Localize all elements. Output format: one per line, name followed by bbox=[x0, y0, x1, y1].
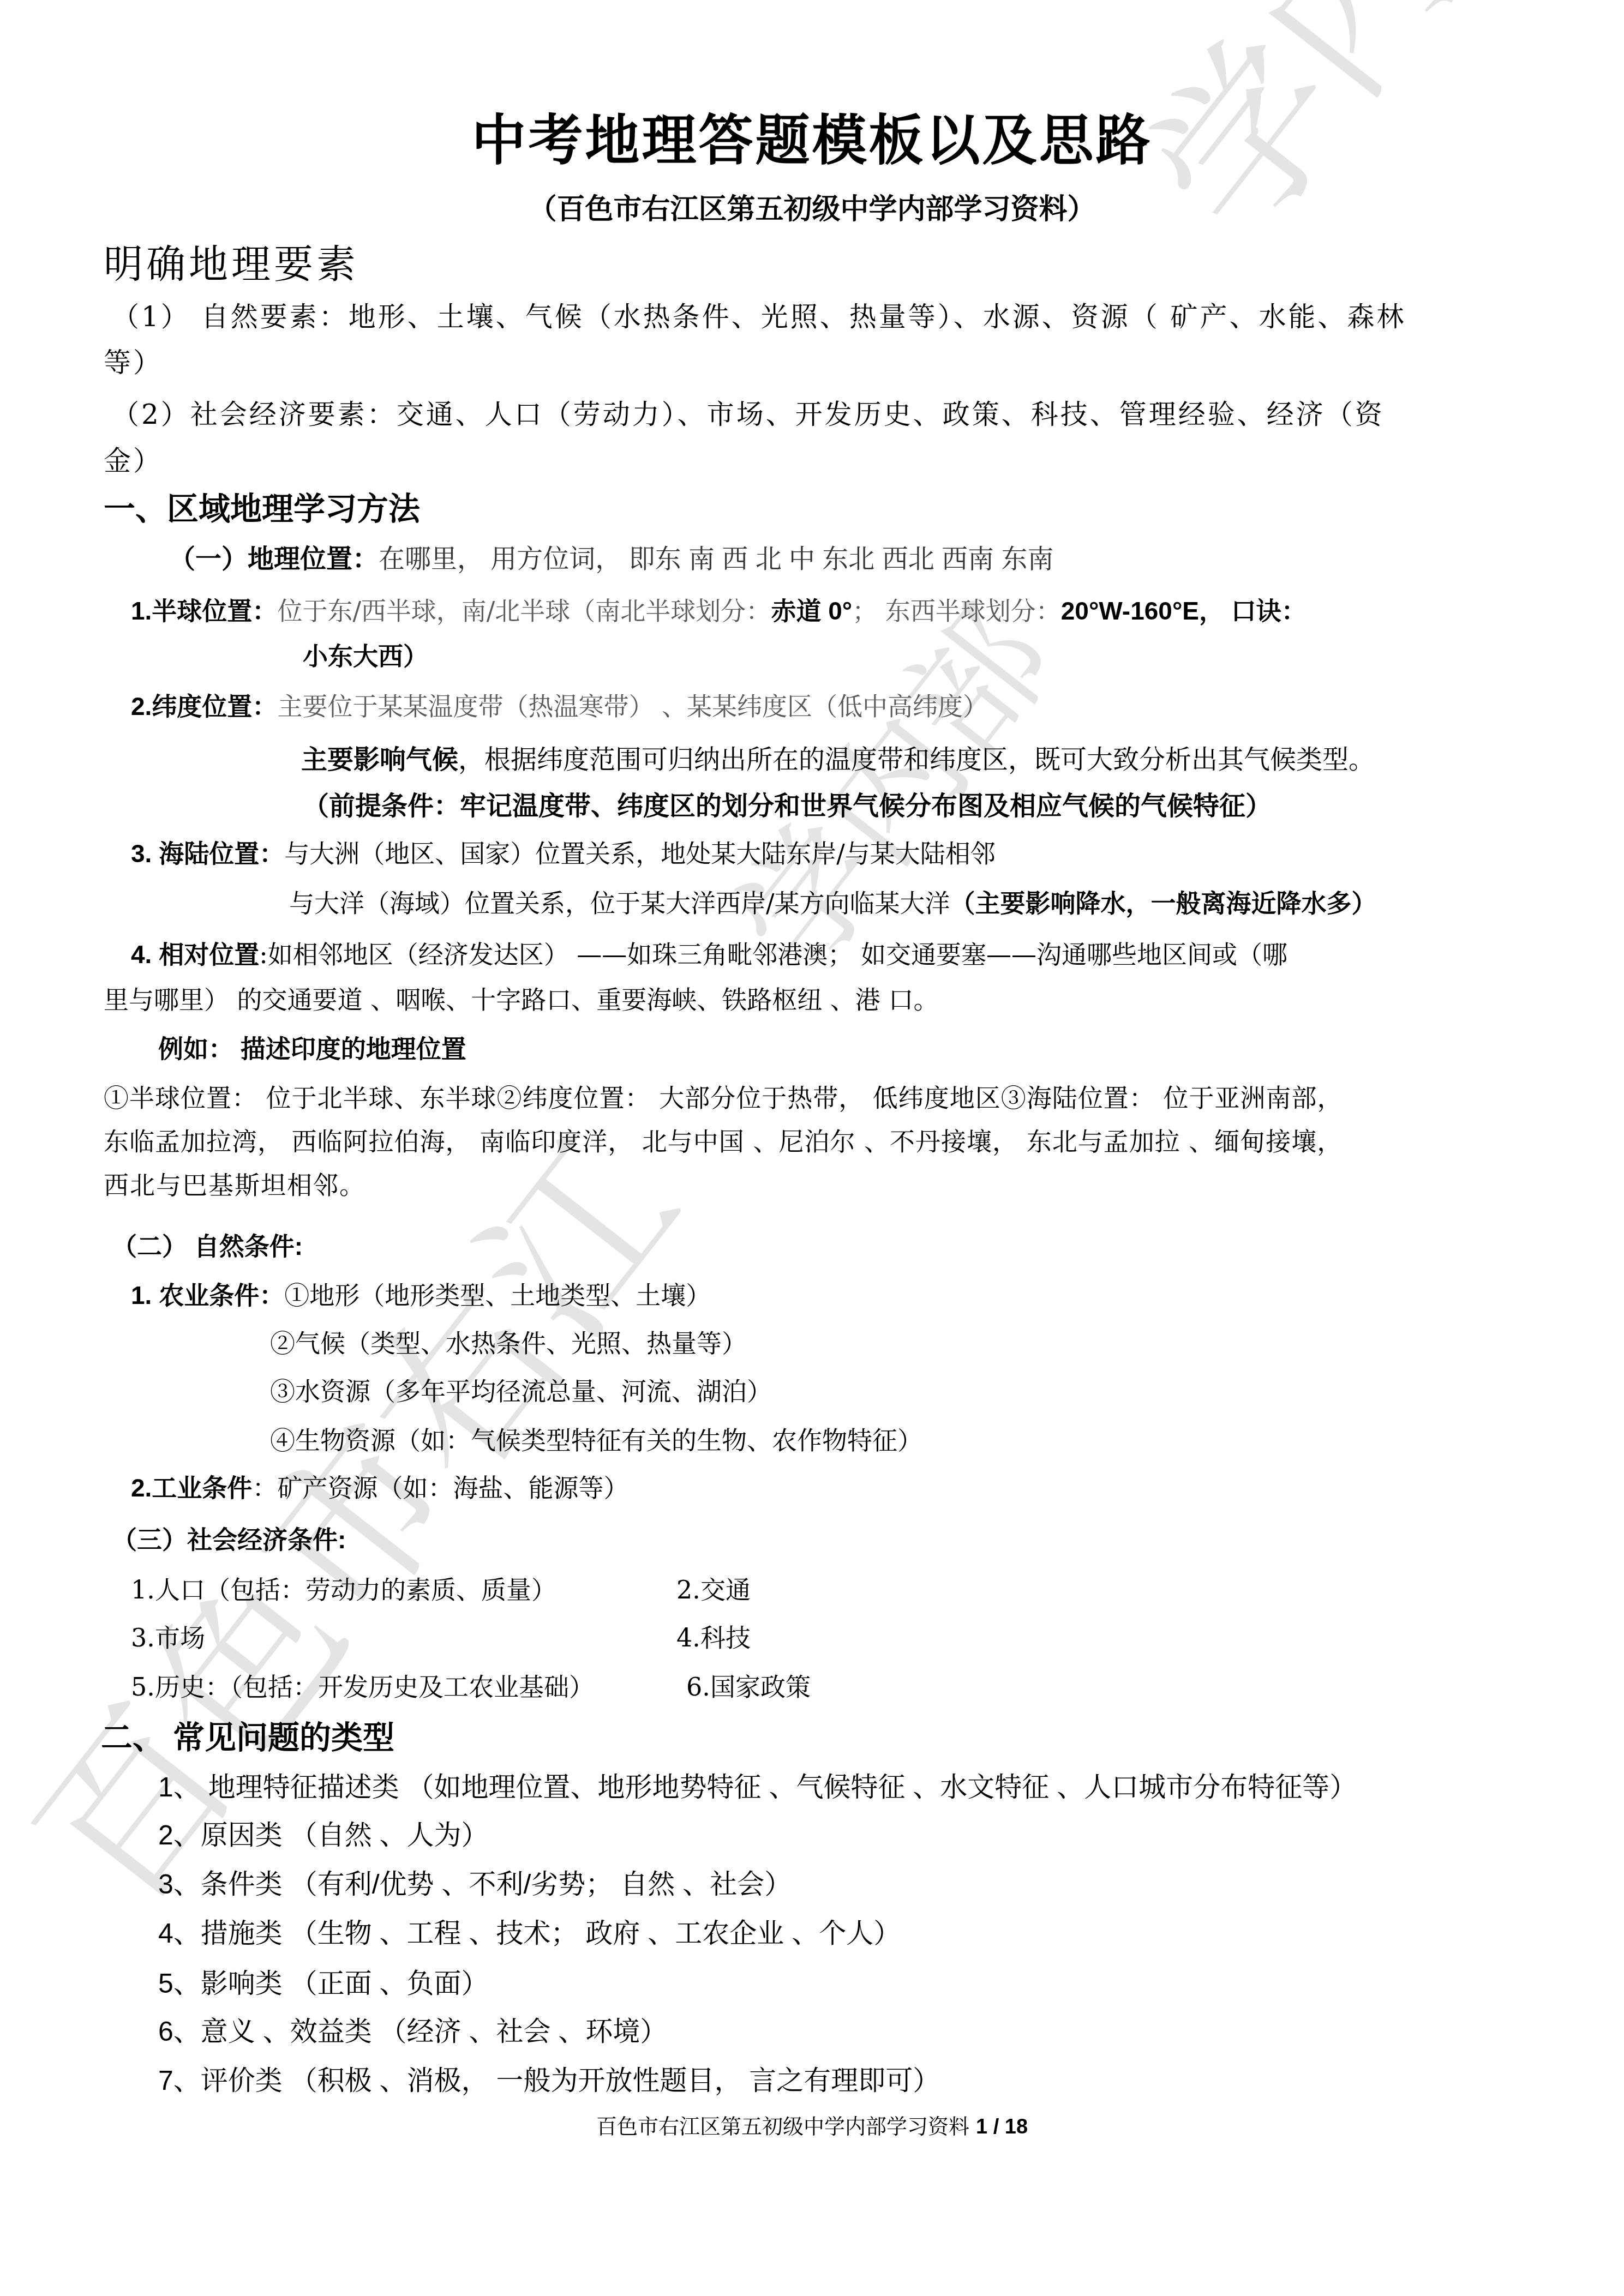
question-type-7: 7、评价类 （积极 、消极， 一般为开放性题目， 言之有理即可） bbox=[158, 2067, 940, 2094]
social-elements-line1: （2）社会经济要素：交通、人口（劳动力）、市场、开发历史、政策、科技、管理经验、… bbox=[112, 401, 1385, 428]
latitude-label: 2.纬度位置： bbox=[131, 692, 277, 720]
latitude-premise: （前提条件：牢记温度带、纬度区的划分和世界气候分布图及相应气候的气候特征） bbox=[303, 794, 1272, 820]
relative-line2: 里与哪里） 的交通要道 、咽喉、十字路口、重要海峡、铁路枢纽 、港 口。 bbox=[104, 987, 939, 1012]
socio-item-history: 5.历史：（包括：开发历史及工农业基础） bbox=[131, 1674, 594, 1699]
land-sea-line2: 与大洋（海域）位置关系，位于某大洋西岸/某方向临某大洋（主要影响降水，一般离海近… bbox=[289, 891, 1377, 916]
socio-item-policy: 6.国家政策 bbox=[686, 1674, 811, 1699]
page-footer: 百色市右江区第五初级中学内部学习资料 1 / 18 bbox=[0, 2116, 1624, 2137]
section-heading-method: 一、区域地理学习方法 bbox=[104, 494, 420, 525]
natural-elements-line2: 等） bbox=[104, 349, 163, 376]
natural-elements-line1: （1） 自然要素：地形、土壤、气候（水热条件、光照、热量等）、水源、资源（ 矿产… bbox=[112, 303, 1406, 330]
hemisphere-text-c: ， 口诀： bbox=[1199, 597, 1307, 625]
socio-item-population: 1.人口（包括：劳动力的素质、质量） bbox=[131, 1577, 556, 1602]
hemisphere-text-a: 位于东/西半球，南/北半球（南北半球划分： bbox=[277, 596, 771, 626]
latitude-note-bold: 主要影响气候 bbox=[301, 746, 458, 774]
footer-text: 百色市右江区第五初级中学内部学习资料 bbox=[596, 2114, 969, 2138]
hemisphere-line: 1.半球位置：位于东/西半球，南/北半球（南北半球划分：赤道 0°； 东西半球划… bbox=[131, 598, 1307, 624]
question-type-1: 1、 地理特征描述类 （如地理位置、地形地势特征 、气候特征 、水文特征 、人口… bbox=[158, 1774, 1357, 1801]
example-heading: 例如： 描述印度的地理位置 bbox=[158, 1036, 466, 1061]
document-subtitle: （百色市右江区第五初级中学内部学习资料） bbox=[0, 195, 1624, 224]
agri-item-2: ②气候（类型、水热条件、光照、热量等） bbox=[270, 1331, 747, 1356]
land-sea-note: （主要影响降水，一般离海近降水多） bbox=[950, 889, 1377, 917]
question-type-2: 2、原因类 （自然 、人为） bbox=[158, 1822, 489, 1849]
land-sea-line1: 3. 海陆位置：与大洲（地区、国家）位置关系，地处某大陆东岸/与某大陆相邻 bbox=[131, 841, 996, 867]
industry-text: ：矿产资源（如：海盐、能源等） bbox=[252, 1473, 628, 1502]
relative-label: 4. 相对位置 bbox=[131, 940, 259, 969]
geo-location-text: 在哪里， 用方位词， 即东 南 西 北 中 东北 西北 西南 东南 bbox=[379, 545, 1053, 574]
natural-conditions-heading: （二） 自然条件: bbox=[112, 1234, 303, 1259]
relative-line1: 4. 相对位置:如相邻地区（经济发达区） ——如珠三角毗邻港澳； 如交通要塞——… bbox=[131, 942, 1287, 967]
social-elements-line2: 金） bbox=[104, 447, 163, 474]
socio-item-market: 3.市场 bbox=[131, 1625, 205, 1650]
geo-location-line: （一）地理位置：在哪里， 用方位词， 即东 南 西 北 中 东北 西北 西南 东… bbox=[169, 546, 1053, 573]
example-line1: ①半球位置： 位于北半球、东半球②纬度位置： 大部分位于热带， 低纬度地区③海陆… bbox=[104, 1085, 1343, 1110]
hemisphere-label: 1.半球位置： bbox=[131, 597, 277, 625]
industry-label: 2.工业条件 bbox=[131, 1474, 252, 1502]
section-heading-elements: 明确地理要素 bbox=[104, 244, 359, 284]
socioeconomic-heading: （三）社会经济条件: bbox=[112, 1527, 346, 1552]
watermark-text: 学内部 bbox=[682, 561, 1088, 1005]
agri-line: 1. 农业条件：①地形（地形类型、土地类型、土壤） bbox=[131, 1283, 711, 1308]
latitude-note-text: ，根据纬度范围可归纳出所在的温度带和纬度区，既可大致分析出其气候类型。 bbox=[458, 746, 1375, 774]
document-page: 学内部资 百色市右江 学内部 中考地理答题模板以及思路 （百色市右江区第五初级中… bbox=[0, 0, 1624, 2296]
agri-item-3: ③水资源（多年平均径流总量、河流、湖泊） bbox=[270, 1379, 772, 1404]
geo-location-label: （一）地理位置： bbox=[169, 545, 379, 574]
question-type-4: 4、措施类 （生物 、工程 、技术； 政府 、工农企业 、个人） bbox=[158, 1920, 901, 1947]
question-type-5: 5、影响类 （正面 、负面） bbox=[158, 1970, 489, 1997]
question-type-3: 3、条件类 （有利/优势 、不利/劣势； 自然 、社会） bbox=[158, 1871, 792, 1898]
meridian-value: 20°W-160°E bbox=[1061, 597, 1199, 625]
agri-item-4: ④生物资源（如：气候类型特征有关的生物、农作物特征） bbox=[270, 1428, 922, 1453]
land-sea-text1: 与大洲（地区、国家）位置关系，地处某大陆东岸/与某大陆相邻 bbox=[284, 839, 996, 868]
agri-label: 1. 农业条件： bbox=[131, 1281, 284, 1309]
socio-item-technology: 4.科技 bbox=[676, 1625, 751, 1650]
watermark-text: 百色市右江 bbox=[0, 1080, 725, 1948]
land-sea-text2: 与大洋（海域）位置关系，位于某大洋西岸/某方向临某大洋 bbox=[289, 888, 950, 918]
latitude-line: 2.纬度位置：主要位于某某温度带（热温寒带） 、某某纬度区（低中高纬度） bbox=[131, 694, 988, 719]
socio-item-transport: 2.交通 bbox=[676, 1577, 751, 1602]
relative-text1: :如相邻地区（经济发达区） ——如珠三角毗邻港澳； 如交通要塞——沟通哪些地区间… bbox=[259, 940, 1287, 969]
agri-item-1: ①地形（地形类型、土地类型、土壤） bbox=[284, 1281, 711, 1310]
example-line3: 西北与巴基斯坦相邻。 bbox=[104, 1173, 365, 1198]
hemisphere-text-b: ； 东西半球划分： bbox=[852, 596, 1061, 626]
latitude-text: 主要位于某某温度带（热温寒带） 、某某纬度区（低中高纬度） bbox=[277, 692, 988, 721]
industry-line: 2.工业条件：矿产资源（如：海盐、能源等） bbox=[131, 1475, 628, 1501]
document-title: 中考地理答题模板以及思路 bbox=[0, 113, 1624, 168]
question-type-6: 6、意义 、效益类 （经济 、社会 、环境） bbox=[158, 2018, 667, 2045]
land-sea-label: 3. 海陆位置： bbox=[131, 839, 284, 868]
equator-value: 赤道 0° bbox=[771, 597, 852, 625]
example-line2: 东临孟加拉湾， 西临阿拉伯海， 南临印度洋， 北与中国 、尼泊尔 、不丹接壤， … bbox=[104, 1129, 1343, 1154]
latitude-note: 主要影响气候，根据纬度范围可归纳出所在的温度带和纬度区，既可大致分析出其气候类型… bbox=[301, 747, 1375, 773]
page-number: 1 / 18 bbox=[976, 2115, 1028, 2138]
hemisphere-mnemonic: 小东大西） bbox=[303, 644, 428, 669]
section-heading-question-types: 二、 常见问题的类型 bbox=[101, 1722, 394, 1754]
